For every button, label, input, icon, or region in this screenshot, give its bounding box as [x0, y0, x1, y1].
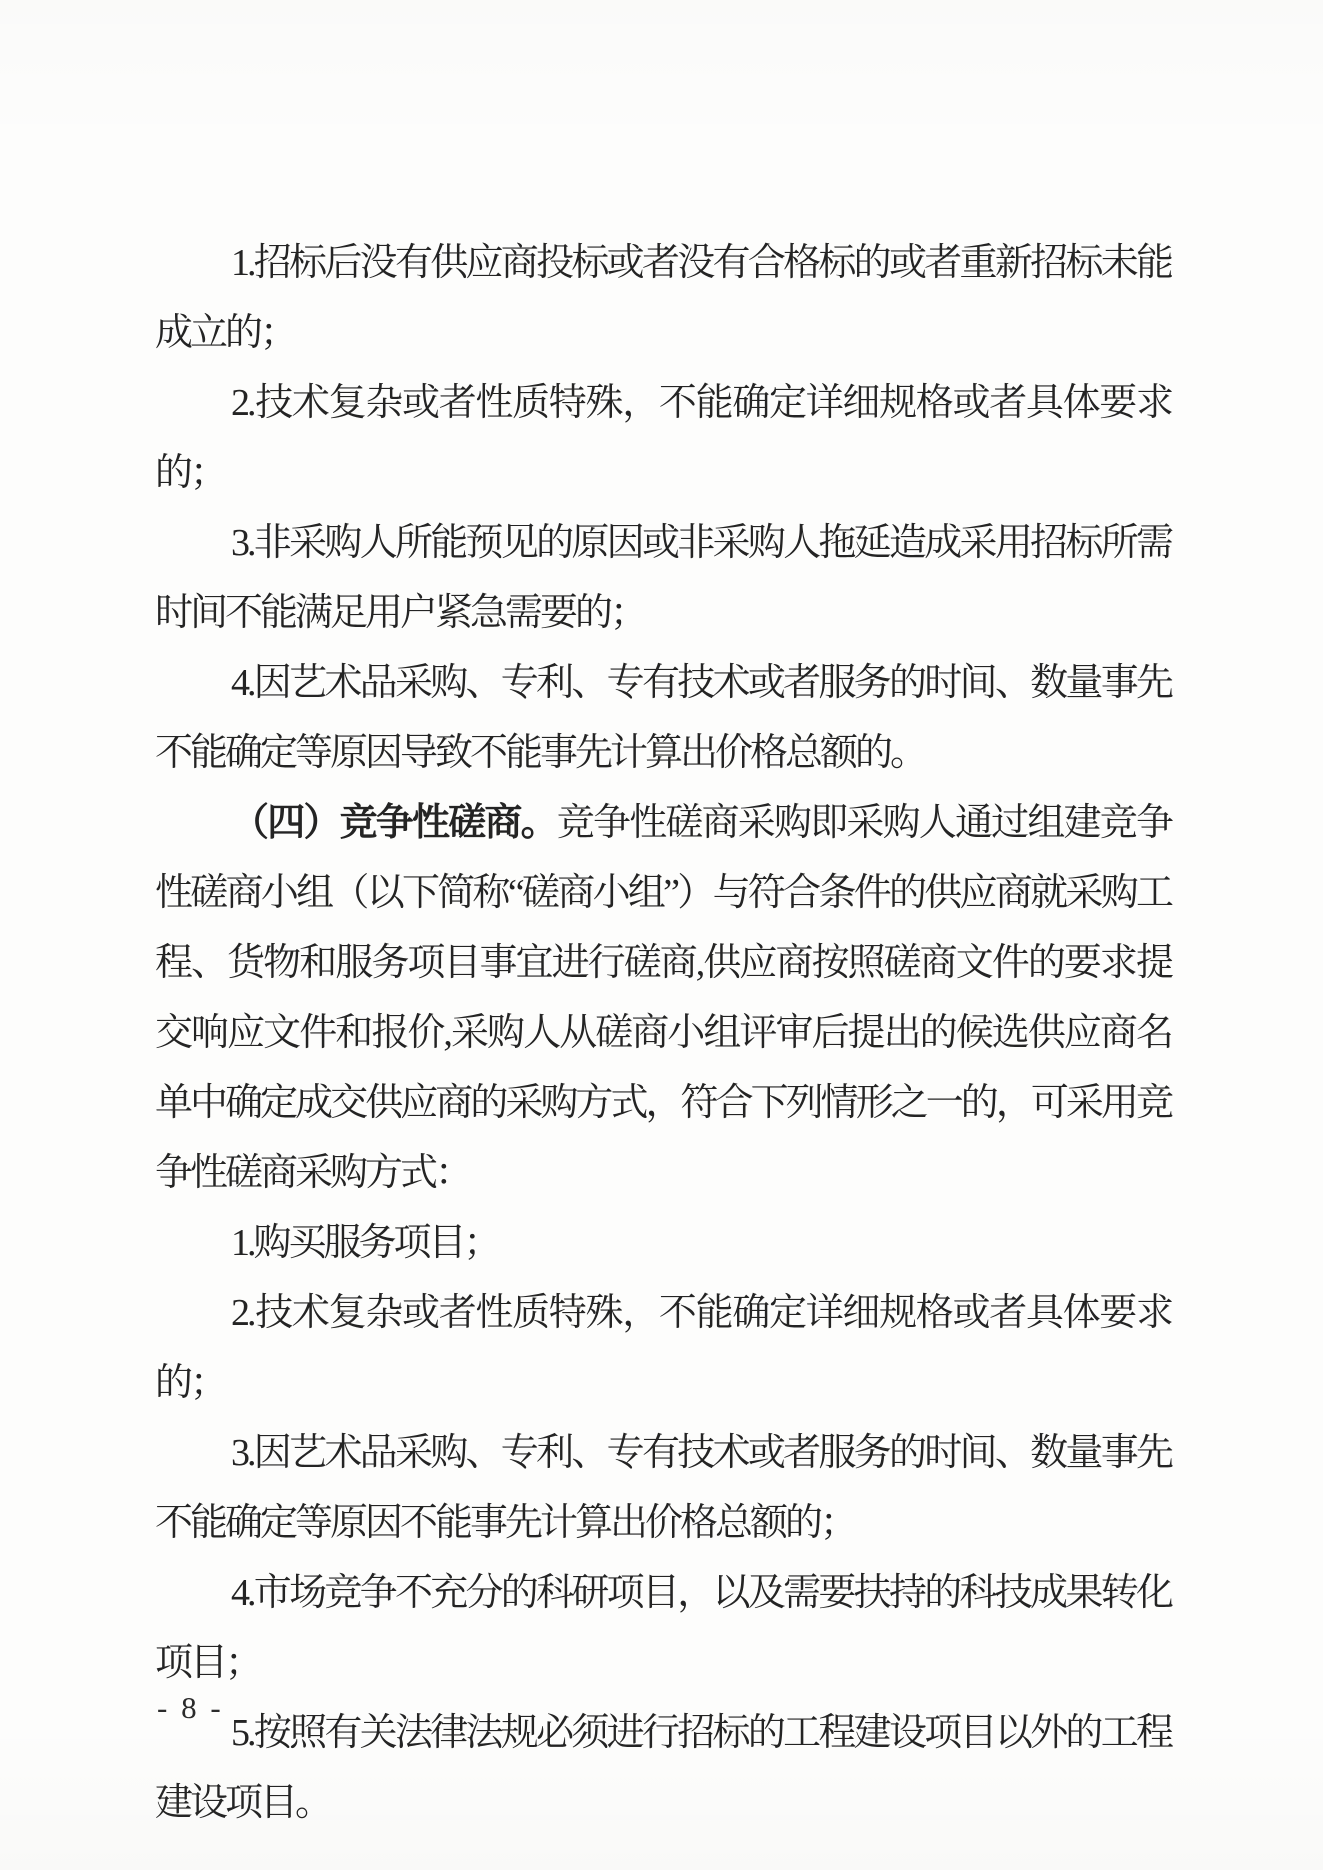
paragraph-text: 2.技术复杂或者性质特殊，不能确定详细规格或者具体要求的；: [155, 382, 1171, 494]
paragraph-text: 3.非采购人所能预见的原因或非采购人拖延造成采用招标所需时间不能满足用户紧急需要…: [155, 522, 1171, 634]
page-number: - 8 -: [157, 1690, 224, 1726]
paragraph: 2.技术复杂或者性质特殊，不能确定详细规格或者具体要求的；: [155, 1278, 1171, 1418]
document-page: 1.招标后没有供应商投标或者没有合格标的或者重新招标未能成立的； 2.技术复杂或…: [0, 0, 1323, 1870]
paragraph: 3.因艺术品采购、专利、专有技术或者服务的时间、数量事先不能确定等原因不能事先计…: [155, 1418, 1171, 1558]
paragraph-text: 4.市场竞争不充分的科研项目，以及需要扶持的科技成果转化项目；: [155, 1572, 1171, 1684]
paragraph-text: 4.因艺术品采购、专利、专有技术或者服务的时间、数量事先不能确定等原因导致不能事…: [155, 662, 1171, 774]
paragraph-text: 1.购买服务项目；: [231, 1222, 499, 1264]
paragraph: 1.招标后没有供应商投标或者没有合格标的或者重新招标未能成立的；: [155, 228, 1171, 368]
paragraph: 5.按照有关法律法规必须进行招标的工程建设项目以外的工程建设项目。: [155, 1698, 1171, 1838]
paragraph-text: 2.技术复杂或者性质特殊，不能确定详细规格或者具体要求的；: [155, 1292, 1171, 1404]
paragraph-text: 1.招标后没有供应商投标或者没有合格标的或者重新招标未能成立的；: [155, 242, 1171, 354]
paragraph-text: 3.因艺术品采购、专利、专有技术或者服务的时间、数量事先不能确定等原因不能事先计…: [155, 1432, 1171, 1544]
section-heading-lead: （四）竞争性磋商。: [231, 802, 557, 844]
paragraph-text: 竞争性磋商采购即采购人通过组建竞争性磋商小组（以下简称“磋商小组”）与符合条件的…: [155, 802, 1171, 1194]
paragraph: 4.因艺术品采购、专利、专有技术或者服务的时间、数量事先不能确定等原因导致不能事…: [155, 648, 1171, 788]
paragraph: 3.非采购人所能预见的原因或非采购人拖延造成采用招标所需时间不能满足用户紧急需要…: [155, 508, 1171, 648]
paragraph: 1.购买服务项目；: [155, 1208, 1171, 1278]
paragraph-section-heading: （四）竞争性磋商。竞争性磋商采购即采购人通过组建竞争性磋商小组（以下简称“磋商小…: [155, 788, 1171, 1208]
paragraph-text: 5.按照有关法律法规必须进行招标的工程建设项目以外的工程建设项目。: [155, 1712, 1171, 1824]
paragraph: 4.市场竞争不充分的科研项目，以及需要扶持的科技成果转化项目；: [155, 1558, 1171, 1698]
paragraph: 2.技术复杂或者性质特殊，不能确定详细规格或者具体要求的；: [155, 368, 1171, 508]
document-body: 1.招标后没有供应商投标或者没有合格标的或者重新招标未能成立的； 2.技术复杂或…: [155, 228, 1171, 1838]
